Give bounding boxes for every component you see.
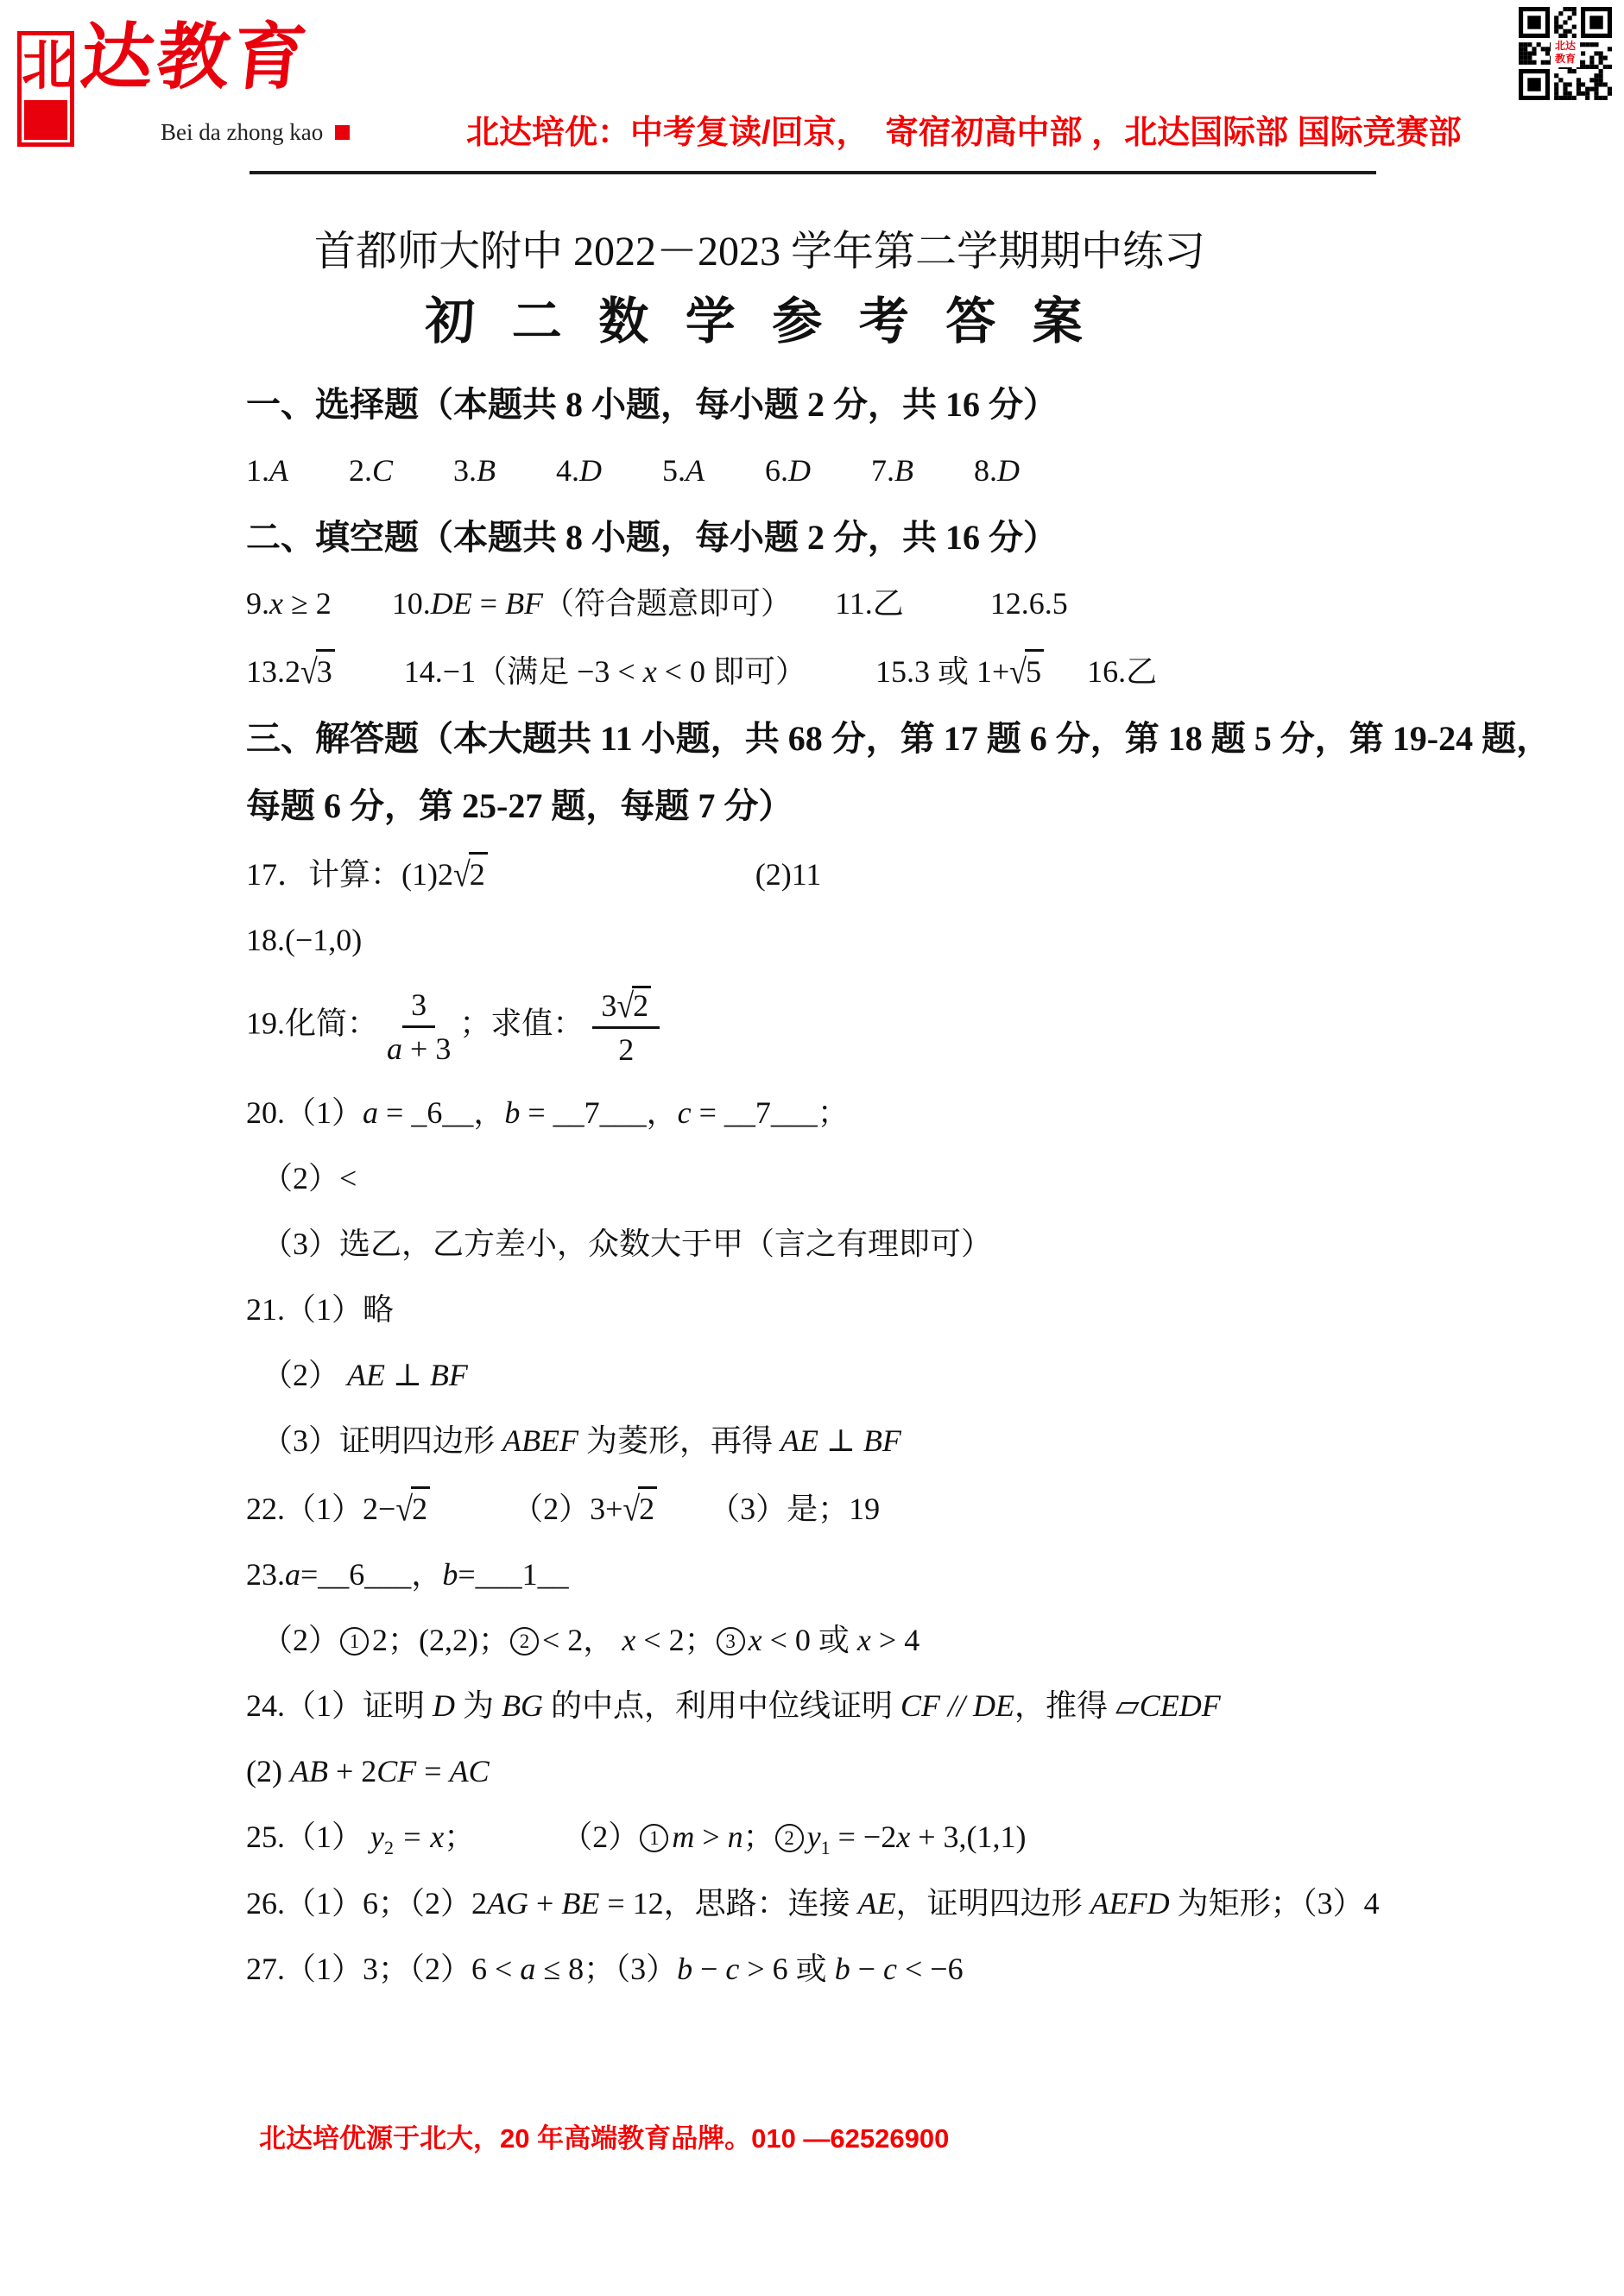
document-body: 一、选择题（本题共 8 小题，每小题 2 分，共 16 分）1.A2.C3.B4… [0,383,1624,1989]
doc-line-14: 21.（1）略 [0,1290,1624,1329]
doc-line-17: 22.（1）2−√2（2）3+√2（3）是；19 [0,1486,1624,1529]
document-main: 首都师大附中 2022－2023 学年第二学期期中练习 初 二 数 学 参 考 … [0,0,1624,1989]
doc-line-12: （2）< [0,1158,1624,1198]
doc-line-18: 23.a=__6___，b=___1__ [0,1555,1624,1594]
doc-line-11: 20.（1）a = _6__，b = __7___，c = __7___； [0,1093,1624,1132]
doc-line-24: 27.（1）3；（2）6 < a ≤ 8；（3）b − c > 6 或 b − … [0,1949,1624,1989]
doc-line-5: 13.2√314.−1（满足 −3 < x < 0 即可）15.3 或 1+√5… [0,649,1624,691]
doc-line-21: (2) AB + 2CF = AC [0,1751,1624,1791]
page-title: 首都师大附中 2022－2023 学年第二学期期中练习 [147,226,1373,278]
beida-logo-text: 达教育 [77,16,314,102]
seal-fill-block [24,100,67,140]
doc-line-6: 三、解答题（本大题共 11 小题，共 68 分，第 17 题 6 分，第 18 … [0,717,1624,760]
doc-line-2: 1.A2.C3.B4.D5.A6.D7.B8.D [0,451,1624,490]
page-subtitle: 初 二 数 学 参 考 答 案 [147,290,1373,354]
doc-line-13: （3）选乙，乙方差小，众数大于甲（言之有理即可） [0,1224,1624,1264]
logo-pinyin: Bei da zhong kao [161,119,350,146]
doc-line-3: 二、填空题（本题共 8 小题，每小题 2 分，共 16 分） [0,516,1624,559]
footer-text: 北达培优源于北大，20 年高端教育品牌。010 —62526900 [259,2116,949,2155]
document-page: 北 达教育 Bei da zhong kao 北达培优：中考复读/回京， 寄宿初… [0,0,1624,2296]
doc-line-7: 每题 6 分，第 25-27 题，每题 7 分） [0,785,1624,828]
doc-line-4: 9.x ≥ 210.DE = BF（符合题意即可）11.乙12.6.5 [0,583,1624,623]
doc-line-1: 一、选择题（本题共 8 小题，每小题 2 分，共 16 分） [0,383,1624,426]
doc-line-22: 25.（1） y2 = x；（2）1m > n；2y1 = −2x + 3,(1… [0,1817,1624,1858]
red-square-icon [335,125,350,140]
beida-seal-icon: 北 [17,31,74,147]
doc-line-20: 24.（1）证明 D 为 BG 的中点，利用中位线证明 CF // DE，推得 … [0,1686,1624,1725]
doc-line-23: 26.（1）6；（2）2AG + BE = 12，思路：连接 AE，证明四边形 … [0,1883,1624,1923]
doc-line-8: 17．计算：(1)2√2(2)11 [0,852,1624,894]
seal-character: 北 [22,35,70,98]
doc-line-9: 18.(−1,0) [0,920,1624,960]
header-slogan: 北达培优：中考复读/回京， 寄宿初高中部 ，北达国际部 国际竞赛部 [466,105,1462,153]
doc-line-19: （2）12；(2,2)；2< 2， x < 2；3x < 0 或 x > 4 [0,1620,1624,1660]
qr-code: 北达教育 [1518,7,1613,100]
doc-line-10: 19.化简：3a + 3；求值：3√22 [0,986,1624,1067]
logo-pinyin-text: Bei da zhong kao [161,119,323,145]
header-divider [250,171,1376,174]
doc-line-16: （3）证明四边形 ABEF 为菱形，再得 AE ⊥ BF [0,1421,1624,1460]
qr-center-logo: 北达教育 [1551,38,1580,67]
doc-line-15: （2） AE ⊥ BF [0,1355,1624,1395]
